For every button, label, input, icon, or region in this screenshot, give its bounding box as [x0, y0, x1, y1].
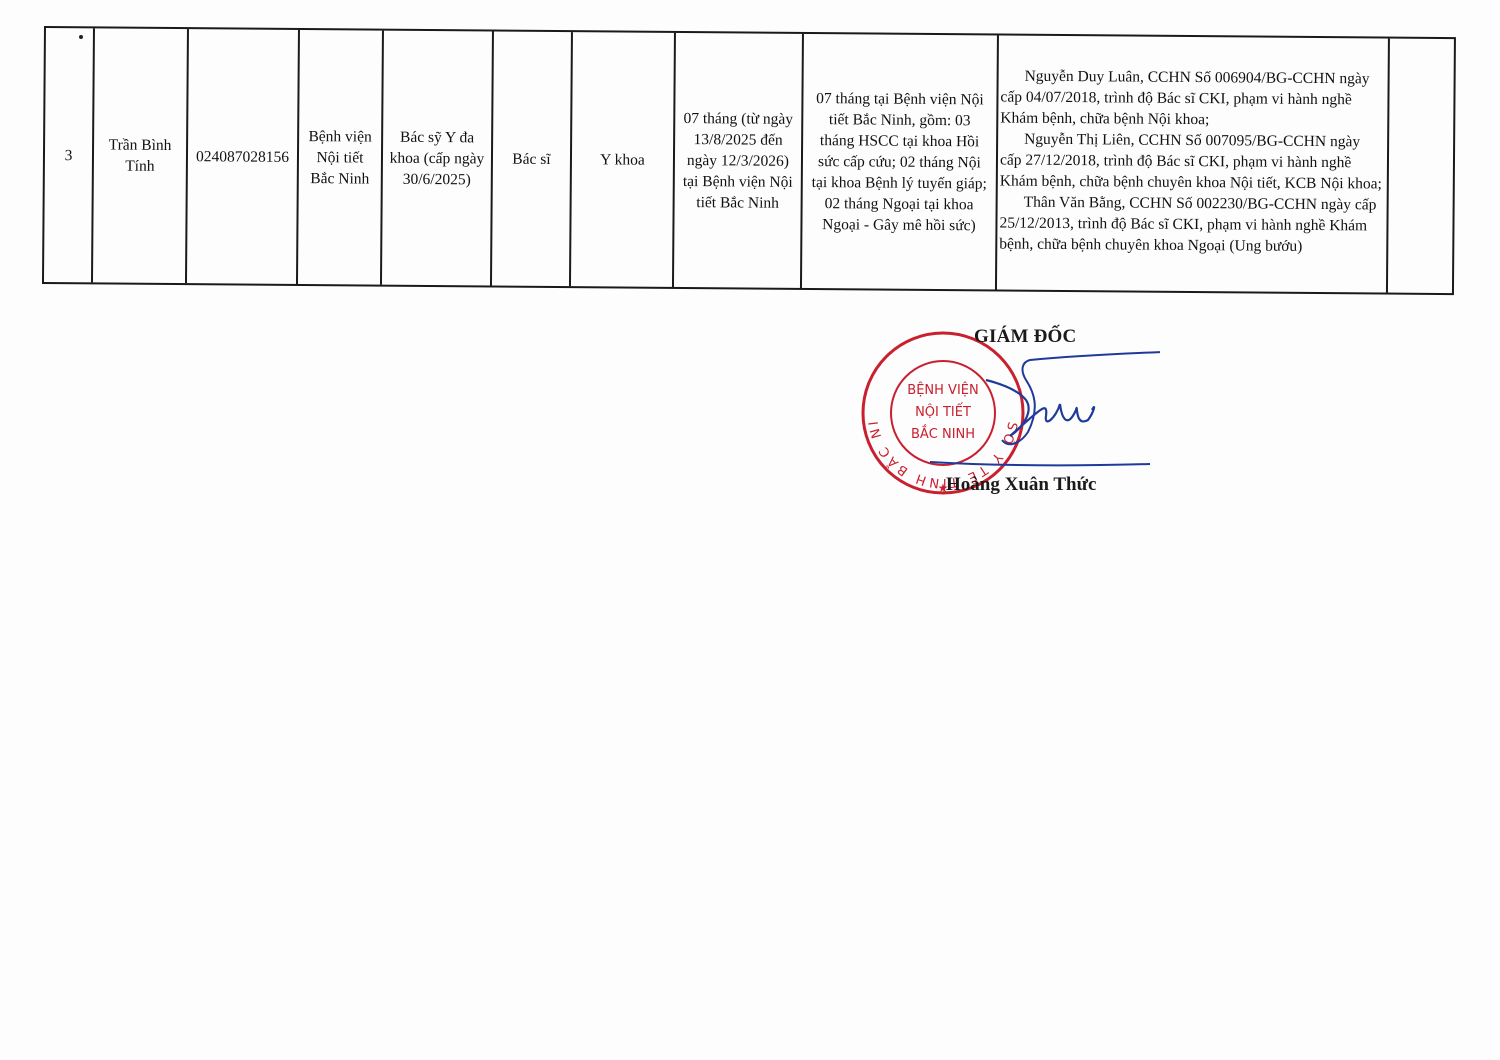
cell-title: Bác sĩ	[492, 32, 573, 287]
handwritten-signature-icon	[910, 340, 1160, 470]
cell-instructors: Nguyễn Duy Luân, CCHN Số 006904/BG-CCHN …	[997, 36, 1390, 293]
cell-qualification: Bác sỹ Y đa khoa (cấp ngày 30/6/2025)	[382, 31, 494, 286]
cell-stt: 3	[44, 28, 95, 282]
cell-field: Y khoa	[571, 32, 676, 287]
cell-id-number: 024087028156	[187, 29, 300, 284]
trainee-table: 3 Trần Bình Tính 024087028156 Bệnh viện …	[42, 26, 1456, 295]
instructor-entry: Thân Văn Bằng, CCHN Số 002230/BG-CCHN ng…	[999, 192, 1384, 258]
instructor-entry: Nguyễn Thị Liên, CCHN Số 007095/BG-CCHN …	[1000, 129, 1385, 195]
cell-duration: 07 tháng (từ ngày 13/8/2025 đến ngày 12/…	[674, 33, 804, 288]
signature-block: SỞ Y TẾ TỈNH BẮC NINH BỆNH VIỆN NỘI TIẾT…	[850, 320, 1170, 510]
cell-notes	[1388, 39, 1458, 294]
cell-practice-content: 07 tháng tại Bệnh viện Nội tiết Bắc Ninh…	[802, 34, 999, 290]
cell-workplace: Bệnh viện Nội tiết Bắc Ninh	[298, 30, 384, 285]
cell-full-name: Trần Bình Tính	[93, 28, 189, 283]
instructor-entry: Nguyễn Duy Luân, CCHN Số 006904/BG-CCHN …	[1000, 66, 1385, 132]
document-page: 3 Trần Bình Tính 024087028156 Bệnh viện …	[0, 0, 1500, 1060]
signatory-name: Hoàng Xuân Thức	[946, 474, 1096, 496]
